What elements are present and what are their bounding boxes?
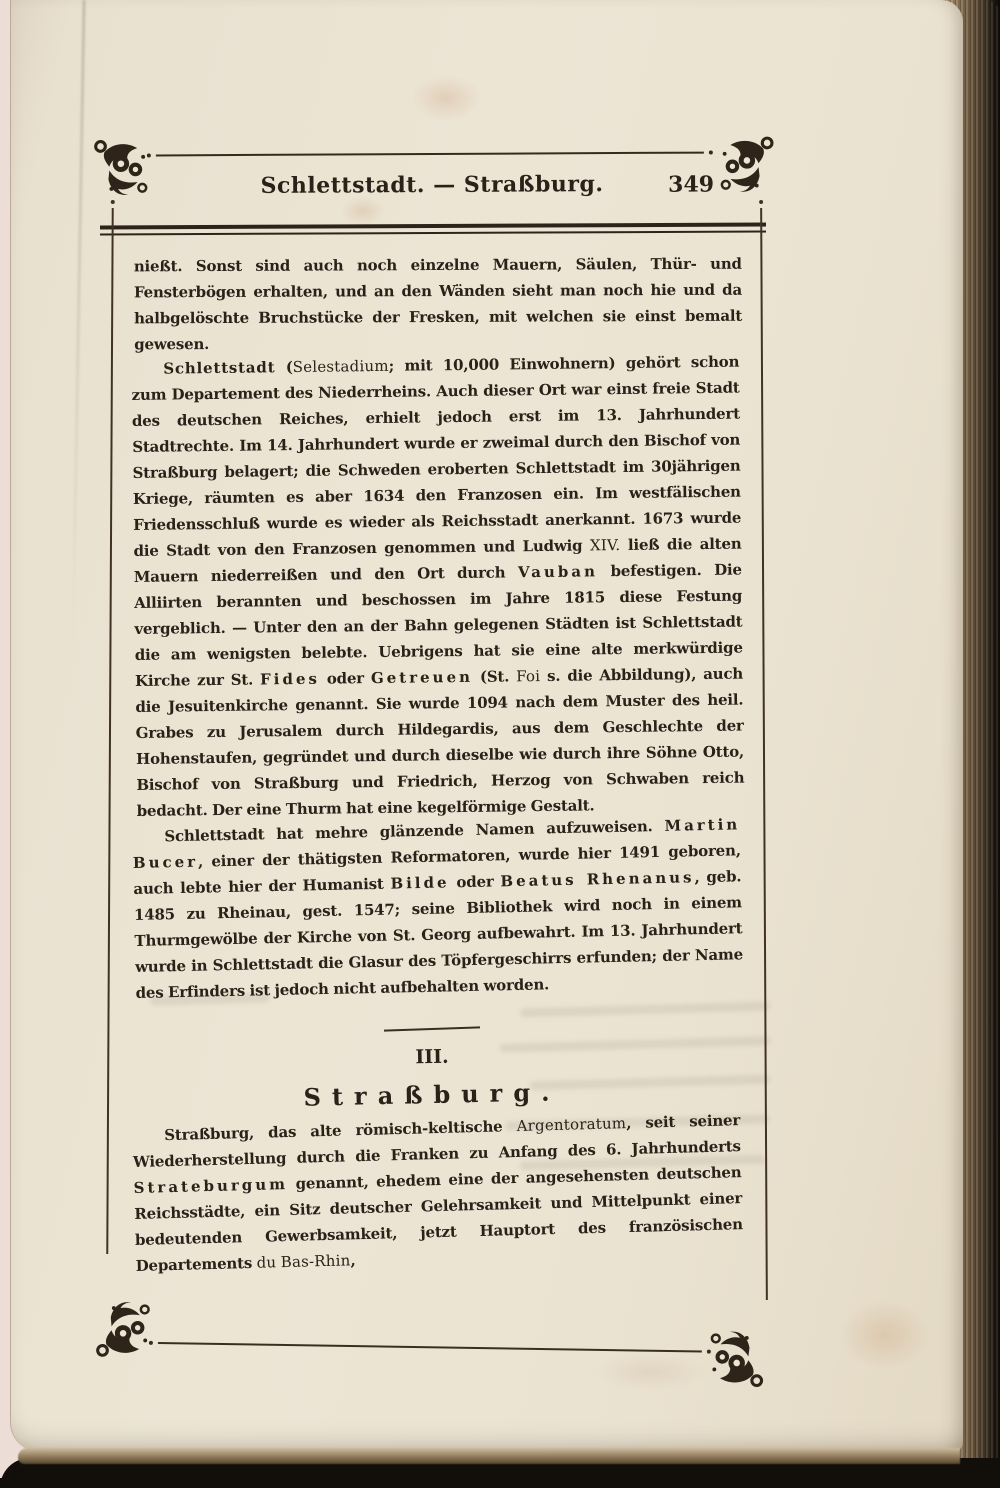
floral-flourish-icon-top-right	[718, 134, 776, 192]
bottom-rule	[158, 1342, 702, 1352]
text-run: Selestadium	[293, 357, 389, 376]
text-run: ; mit 10,000 Einwohnern) gehört schon zu…	[132, 353, 742, 560]
page-number: 349	[668, 172, 714, 198]
page-block-bottom-edge	[18, 1448, 960, 1464]
text-run: Straßburg, das alte römisch-keltische	[164, 1117, 517, 1144]
text-run: du Bas-Rhin	[256, 1251, 350, 1271]
text-run: Bilde	[390, 873, 449, 892]
text-run: Vauban	[518, 562, 598, 581]
text-run: oder	[320, 669, 371, 688]
double-rule	[100, 223, 766, 236]
paragraph: Straßburg, das alte römisch-keltische Ar…	[132, 1107, 744, 1279]
text-run: ,	[350, 1251, 356, 1269]
text-run: XIV.	[590, 536, 621, 554]
text-run: Beatus Rhenanus	[500, 868, 694, 890]
floral-flourish-icon-top-left	[92, 137, 150, 195]
bottom-border-row	[95, 1299, 768, 1388]
text-run: nießt. Sonst sind auch noch einzelne Mau…	[134, 255, 742, 354]
text-run: Foi	[516, 667, 540, 685]
printed-page-frame: Schlettstadt. — Straßburg. 349 nießt. So…	[96, 142, 768, 1377]
paragraph: Schlettstadt (Selestadium; mit 10,000 Ei…	[131, 349, 745, 824]
text-run: Argentoratum	[516, 1114, 626, 1135]
text-run: (	[275, 358, 293, 376]
text-run: Schlettstadt	[163, 358, 275, 377]
text-run: oder	[449, 872, 500, 891]
page-crease	[71, 0, 85, 640]
floral-flourish-icon-bottom-left	[94, 1301, 153, 1360]
running-header-row: Schlettstadt. — Straßburg. 349	[96, 140, 768, 218]
text-run: Strateburgum	[133, 1175, 288, 1197]
book-photo: { "header": { "title": "Schlettstadt. — …	[0, 0, 1000, 1488]
section-number: III.	[96, 1040, 768, 1074]
section-divider-rule	[384, 1026, 480, 1031]
floral-flourish-icon-bottom-right	[707, 1331, 766, 1390]
paragraph: nießt. Sonst sind auch noch einzelne Mau…	[134, 251, 742, 358]
foxing-stain	[411, 75, 481, 121]
text-block: Straßburg, das alte römisch-keltische Ar…	[134, 1123, 742, 1279]
text-run: Schlettstadt hat mehre glänzende Namen a…	[164, 817, 665, 845]
text-run: (St.	[473, 667, 516, 686]
right-border-line	[760, 208, 768, 1300]
paragraph: Schlettstadt hat mehre glänzende Namen a…	[132, 811, 744, 1006]
text-run: Getreuen	[371, 668, 473, 687]
text-block: nießt. Sonst sind auch noch einzelne Mau…	[134, 252, 742, 1006]
text-run: Fides	[260, 670, 320, 689]
